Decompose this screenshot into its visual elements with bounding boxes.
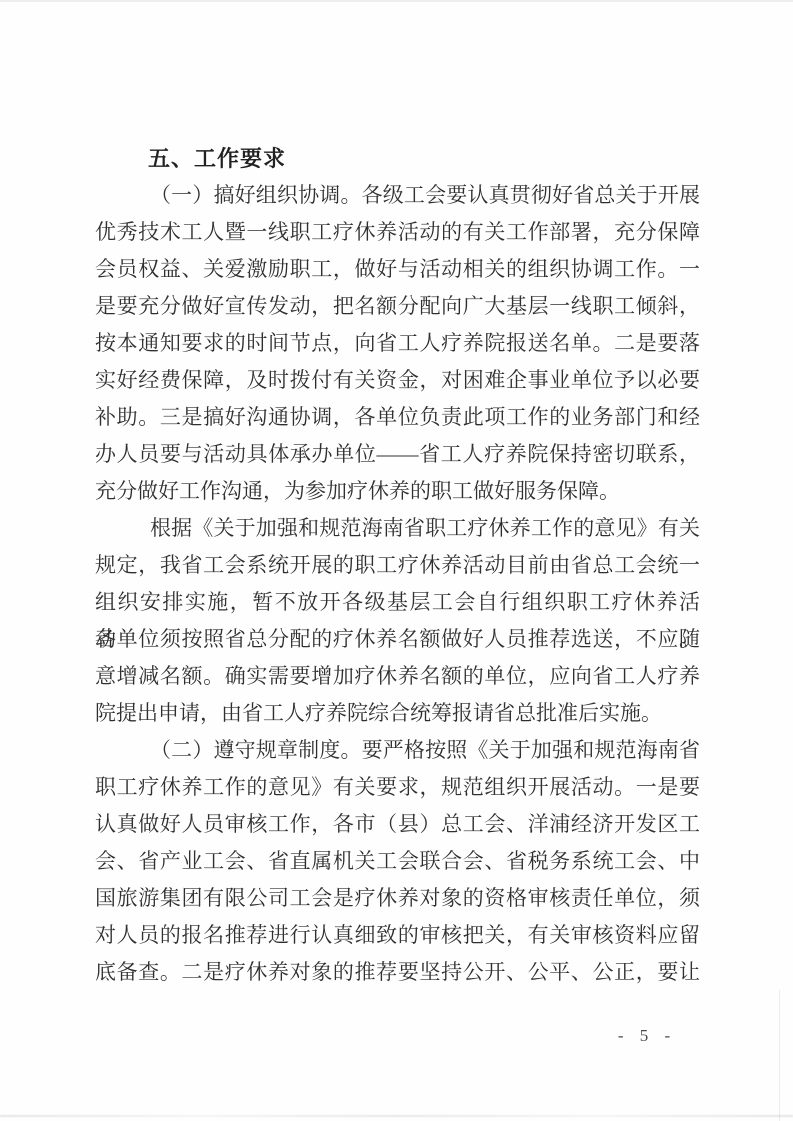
text-line: 国旅游集团有限公司工会是疗休养对象的资格审核责任单位，须 [95, 880, 700, 917]
text-line: 各单位须按照省总分配的疗休养名额做好人员推荐选送，不应随 [95, 621, 700, 658]
text-line: （二）遵守规章制度。要严格按照《关于加强和规范海南省 [95, 732, 700, 769]
text-line: 对人员的报名推荐进行认真细致的审核把关，有关审核资料应留 [95, 917, 700, 954]
text-line: 底备查。二是疗休养对象的推荐要坚持公开、公平、公正，要让 [95, 954, 700, 991]
text-line: 认真做好人员审核工作，各市（县）总工会、洋浦经济开发区工 [95, 806, 700, 843]
page-bottom-edge-shadow [0, 1115, 793, 1117]
text-line: 意增减名额。确实需要增加疗休养名额的单位，应向省工人疗养 [95, 658, 700, 695]
paragraph-lines: （一）搞好组织协调。各级工会要认真贯彻好省总关于开展优秀技术工人暨一线职工疗休养… [95, 177, 700, 991]
text-line: （一）搞好组织协调。各级工会要认真贯彻好省总关于开展 [95, 177, 700, 214]
page-number: - 5 - [612, 1026, 682, 1046]
text-line: 优秀技术工人暨一线职工疗休养活动的有关工作部署，充分保障 [95, 214, 700, 251]
text-line: 会、省产业工会、省直属机关工会联合会、省税务系统工会、中 [95, 843, 700, 880]
text-line: 按本通知要求的时间节点，向省工人疗养院报送名单。二是要落 [95, 325, 700, 362]
text-line: 会员权益、关爱激励职工，做好与活动相关的组织协调工作。一 [95, 251, 700, 288]
text-line: 根据《关于加强和规范海南省职工疗休养工作的意见》有关 [95, 510, 700, 547]
text-line: 补助。三是搞好沟通协调，各单位负责此项工作的业务部门和经 [95, 399, 700, 436]
text-line: 院提出申请，由省工人疗养院综合统筹报请省总批准后实施。 [95, 695, 700, 732]
text-line: 规定，我省工会系统开展的职工疗休养活动目前由省总工会统一 [95, 547, 700, 584]
text-line: 组织安排实施，暂不放开各级基层工会自行组织职工疗休养活动。 [95, 584, 700, 621]
document-body: 五、工作要求 （一）搞好组织协调。各级工会要认真贯彻好省总关于开展优秀技术工人暨… [95, 0, 700, 991]
text-line: 办人员要与活动具体承办单位——省工人疗养院保持密切联系， [95, 436, 700, 473]
page-right-edge-shadow [779, 990, 780, 1121]
text-line: 充分做好工作沟通，为参加疗休养的职工做好服务保障。 [95, 473, 700, 510]
document-page: 五、工作要求 （一）搞好组织协调。各级工会要认真贯彻好省总关于开展优秀技术工人暨… [0, 0, 793, 1121]
text-line: 是要充分做好宣传发动，把名额分配向广大基层一线职工倾斜， [95, 288, 700, 325]
text-line: 实好经费保障，及时拨付有关资金，对困难企事业单位予以必要 [95, 362, 700, 399]
text-line: 职工疗休养工作的意见》有关要求，规范组织开展活动。一是要 [95, 769, 700, 806]
section-heading: 五、工作要求 [95, 140, 700, 177]
